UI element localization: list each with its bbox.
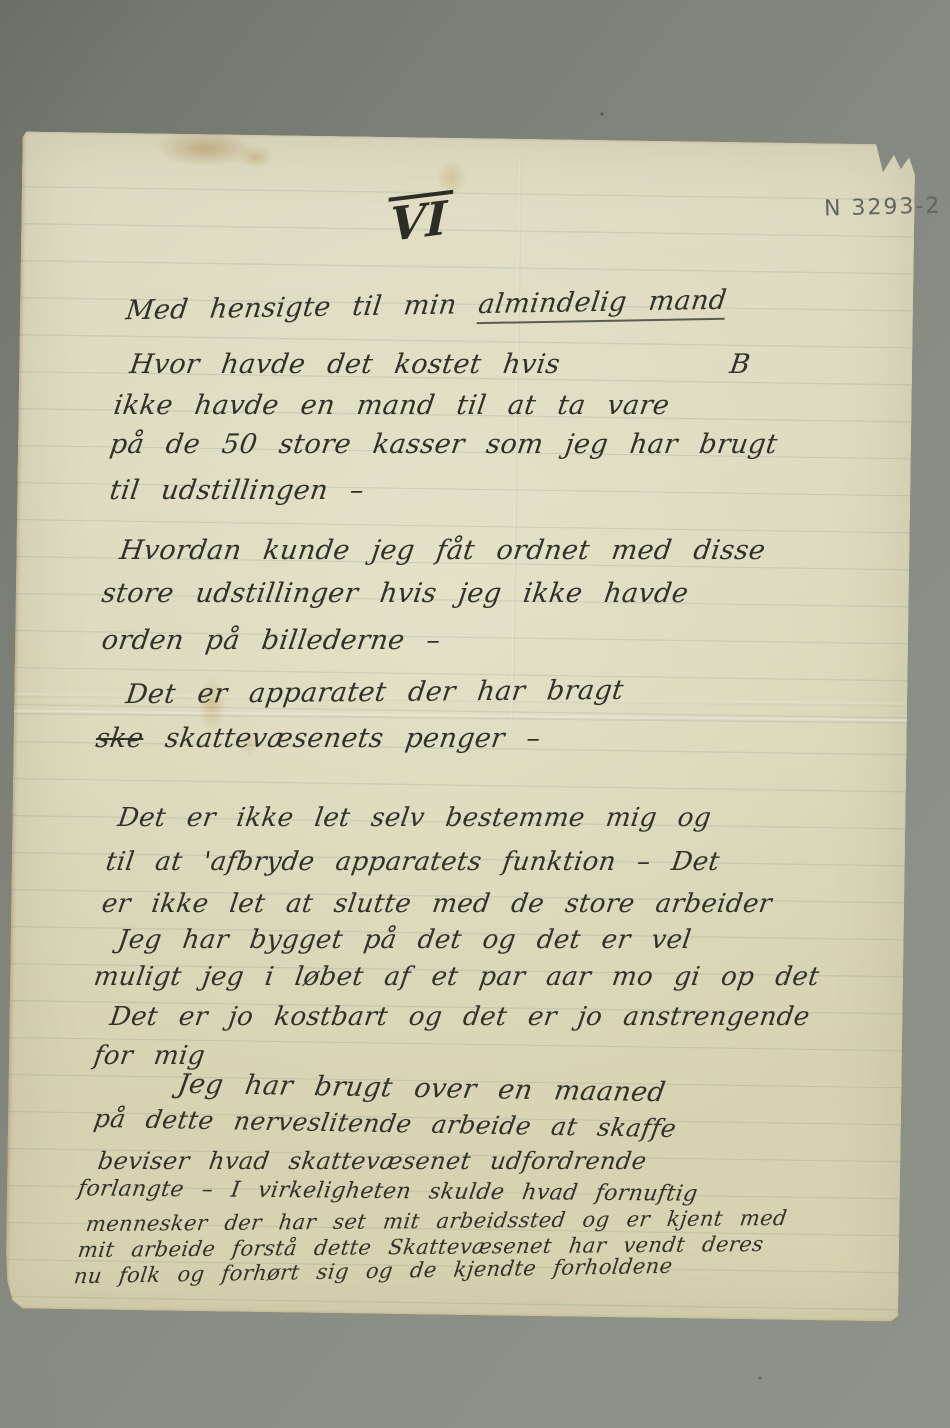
manuscript-line: muligt jeg i løbet af et par aar mo gi o… — [92, 964, 821, 990]
manuscript-text-segment: for mig — [92, 1041, 207, 1071]
manuscript-line: orden på billederne – — [100, 627, 442, 654]
manuscript-text-segment: ikke havde en mand til at ta vare — [112, 390, 672, 421]
manuscript-line: Det er apparatet der har bragt — [124, 677, 625, 708]
manuscript-text-segment: B — [728, 349, 753, 380]
manuscript-text-segment: til udstillingen – — [108, 475, 366, 506]
manuscript-line: er ikke let at slutte med de store arbei… — [100, 891, 773, 917]
manuscript-text-segment: Jeg har bygget på det og det er vel — [116, 925, 693, 955]
section-numeral: VI — [388, 190, 454, 248]
manuscript-line: ske skattevæsenets penger – — [94, 725, 542, 752]
manuscript-text-segment: store udstillinger hvis jeg ikke havde — [100, 578, 691, 609]
manuscript-text-segment: mennesker der har set mit arbeidssted og… — [84, 1206, 788, 1236]
manuscript-line: beviser hvad skattevæsenet udfordrende — [96, 1149, 648, 1173]
manuscript-text-segment: ske — [94, 723, 146, 754]
manuscript-line: Hvor havde det kostet hvisB — [128, 351, 752, 378]
manuscript-text-segment: Hvordan kunde jeg fåt ordnet med disse — [118, 535, 768, 566]
manuscript-text-segment: Med hensigte til min — [124, 289, 480, 326]
manuscript-text-segment: på de 50 store kasser som jeg har brugt — [108, 429, 780, 460]
manuscript-line: Hvordan kunde jeg fåt ordnet med disse — [118, 537, 767, 564]
manuscript-line: Det er ikke let selv bestemme mig og — [116, 805, 713, 831]
manuscript-text-segment: på dette nerveslitende arbeide at skaffe — [92, 1104, 679, 1143]
manuscript-text-segment: Jeg har brugt over en maaned — [176, 1069, 668, 1108]
manuscript-line: for mig — [92, 1043, 207, 1069]
manuscript-text-segment: orden på billederne – — [100, 625, 443, 656]
manuscript-line: på dette nerveslitende arbeide at skaffe — [92, 1106, 678, 1141]
archive-number: N 3293-2 — [824, 193, 942, 221]
manuscript-text-segment: Det er ikke let selv bestemme mig og — [116, 803, 713, 833]
manuscript-line: til at 'afbryde apparatets funktion – De… — [104, 849, 721, 875]
manuscript-text-segment: Det er apparatet der har bragt — [124, 675, 626, 710]
manuscript-line: store udstillinger hvis jeg ikke havde — [100, 580, 690, 607]
manuscript-text-segment: muligt jeg i løbet af et par aar mo gi o… — [92, 962, 821, 992]
manuscript-line: Jeg har bygget på det og det er vel — [116, 927, 693, 953]
manuscript-line: på de 50 store kasser som jeg har brugt — [108, 431, 779, 458]
manuscript-text-segment: beviser hvad skattevæsenet udfordrende — [96, 1147, 648, 1175]
manuscript-line: til udstillingen – — [108, 477, 366, 504]
manuscript-line: Det er jo kostbart og det er jo anstreng… — [108, 1004, 811, 1030]
manuscript-line: ikke havde en mand til at ta vare — [112, 392, 671, 419]
manuscript-line: Jeg har brugt over en maaned — [176, 1071, 668, 1106]
manuscript-text-segment: til at 'afbryde apparatets funktion – De… — [104, 847, 722, 877]
manuscript-line: mennesker der har set mit arbeidssted og… — [85, 1208, 789, 1235]
manuscript-text-segment: Hvor havde det kostet hvis — [128, 349, 562, 380]
manuscript-text-segment: almindelig mand — [476, 285, 728, 324]
manuscript-text-segment: skattevæsenets penger – — [141, 723, 542, 754]
manuscript-text-segment: er ikke let at slutte med de store arbei… — [100, 889, 774, 919]
manuscript-line: Med hensigte til min almindelig mand — [124, 287, 728, 325]
manuscript-line: forlangte – I virkeligheten skulde hvad … — [76, 1178, 699, 1205]
manuscript-text-segment: forlangte – I virkeligheten skulde hvad … — [76, 1176, 699, 1206]
handwriting-layer: VI N 3293-2 Med hensigte til min alminde… — [0, 0, 950, 1428]
manuscript-text-segment: Det er jo kostbart og det er jo anstreng… — [108, 1002, 812, 1032]
